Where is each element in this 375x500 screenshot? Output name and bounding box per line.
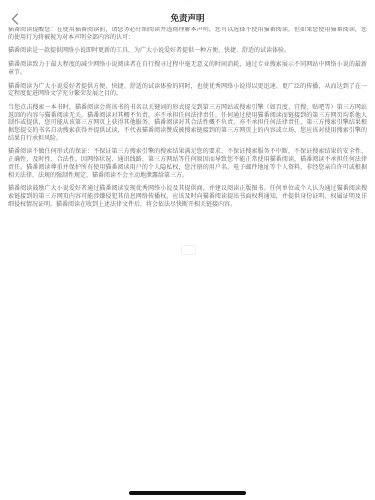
disclaimer-paragraph: 猫番阅读致力于最大程度的减少网络小说阅读者在自行搜寻过程中毫无意义的时间消耗，通… [8, 62, 367, 77]
disclaimer-paragraph: 当您点击搜索一本书时，猫番阅读会将该书的书名以关键词的形式提交到第三方网站或搜索… [8, 105, 367, 144]
disclaimer-paragraph: 猫番阅读不做任何形式的保证：不保证第三方搜索引擎的搜索结果满足您的要求，不保证搜… [8, 149, 367, 180]
disclaimer-paragraph: 猫番阅读为广大小说爱好者提供方便、快捷、舒适的试读体验的同时，也使优秀网络小说得… [8, 84, 367, 99]
disclaimer-paragraph: 猫番阅读提醒您：在使用猫番阅读前，请您务必仔细阅读并透彻理解本声明，您可以选择不… [8, 27, 367, 42]
status-bar-hint: ··· [0, 0, 375, 5]
page-title: 免责声明 [60, 11, 315, 25]
disclaimer-paragraph: 猫番阅读鼓励广大小说爱好者通过猫番阅读发现优秀网络小说及其提供商，并建议阅读正版… [8, 186, 367, 209]
faint-watermark: … [181, 245, 196, 255]
chevron-left-icon [11, 13, 19, 25]
home-indicator[interactable] [129, 491, 246, 495]
back-button[interactable] [6, 10, 24, 28]
disclaimer-paragraph: 猫番阅读是一款提供网络小说即时更新的工具，为广大小说爱好者提供一种方便、快捷、舒… [8, 48, 367, 56]
